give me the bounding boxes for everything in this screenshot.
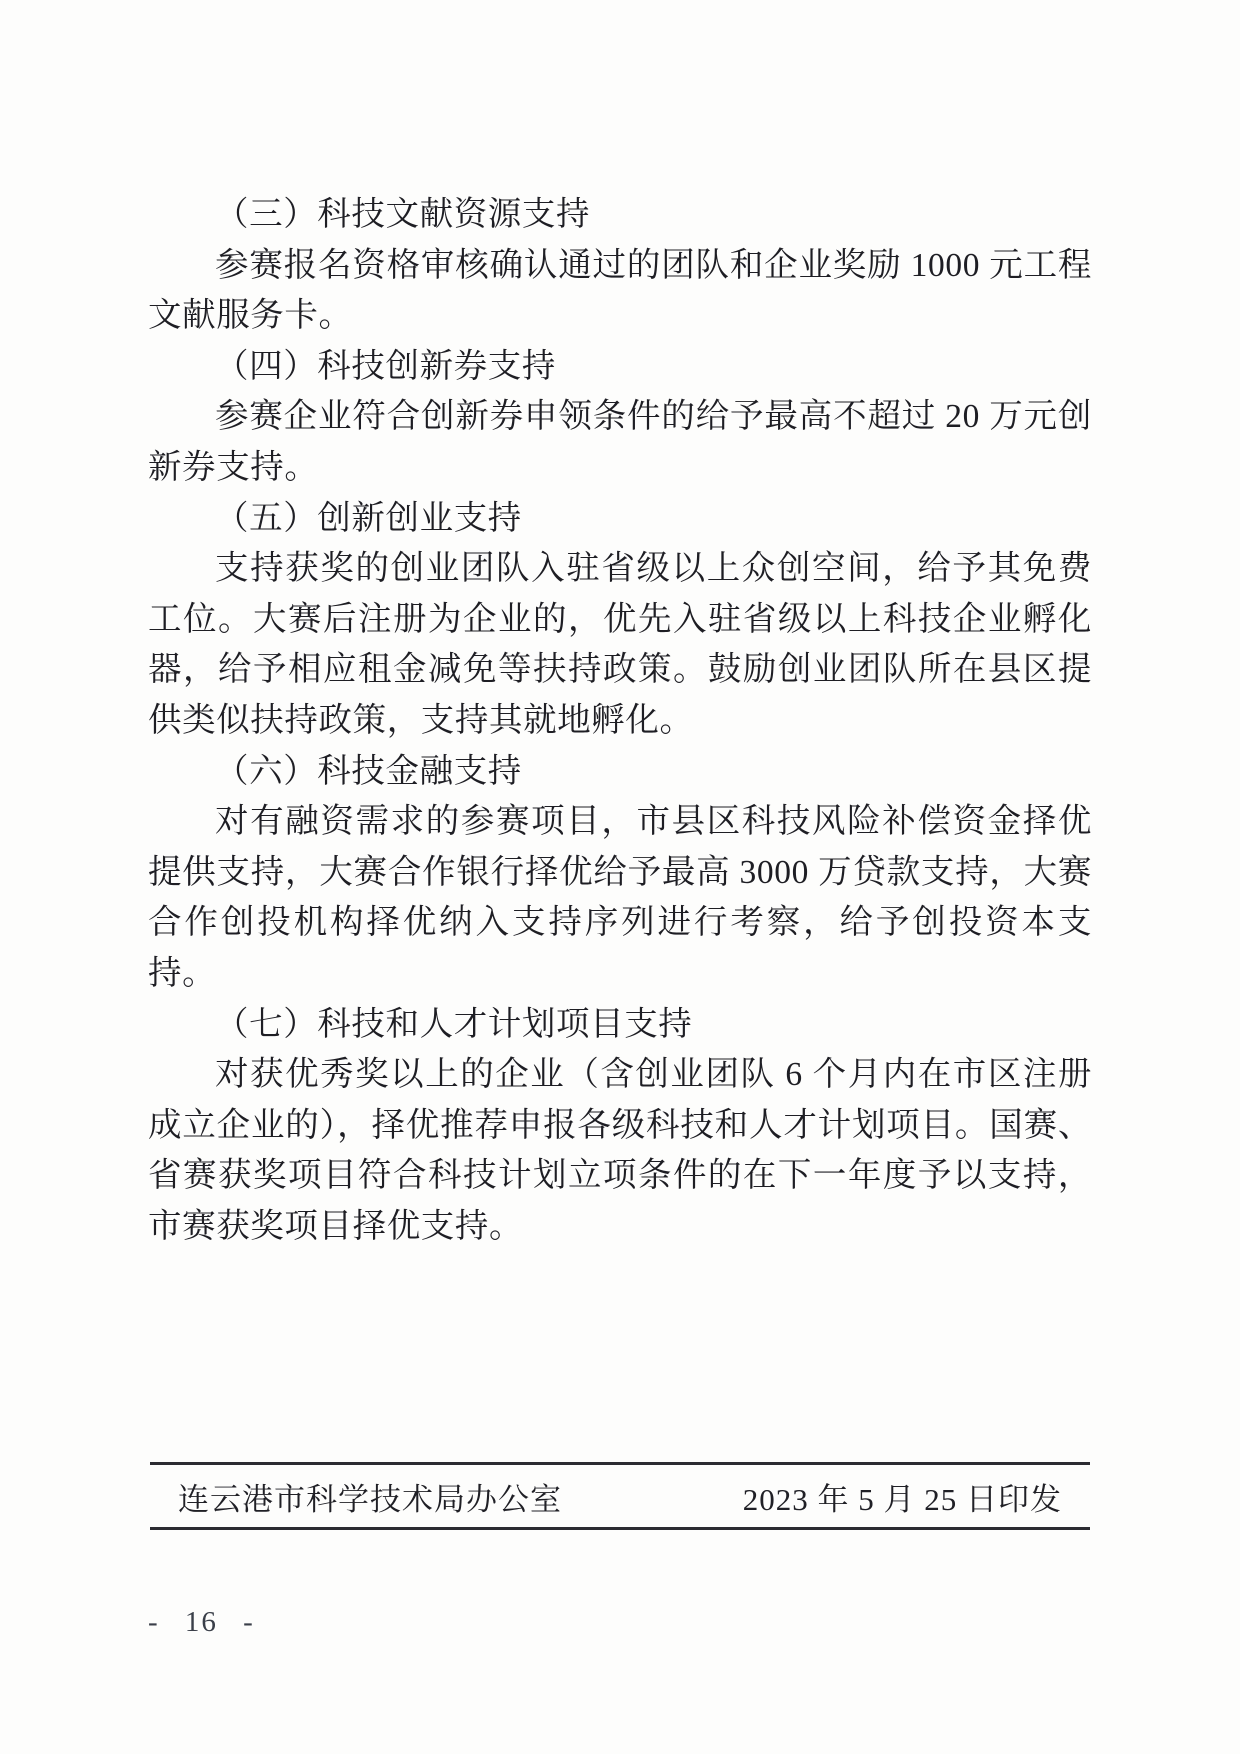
document-page: （三）科技文献资源支持 参赛报名资格审核确认通过的团队和企业奖励 1000 元工… bbox=[0, 0, 1240, 1754]
section-heading-7: （七）科技和人才计划项目支持 bbox=[148, 1000, 1092, 1051]
footer-bottom-rule bbox=[150, 1527, 1090, 1530]
paragraph: 对获优秀奖以上的企业（含创业团队 6 个月内在市区注册成立企业的），择优推荐申报… bbox=[148, 1050, 1092, 1252]
footer-issuer: 连云港市科学技术局办公室 bbox=[178, 1474, 562, 1519]
paragraph: 参赛企业符合创新券申领条件的给予最高不超过 20 万元创新券支持。 bbox=[148, 392, 1092, 493]
footer-row: 连云港市科学技术局办公室 2023 年 5 月 25 日印发 bbox=[150, 1465, 1090, 1527]
document-body: （三）科技文献资源支持 参赛报名资格审核确认通过的团队和企业奖励 1000 元工… bbox=[148, 190, 1092, 1252]
section-heading-6: （六）科技金融支持 bbox=[148, 747, 1092, 798]
paragraph: 支持获奖的创业团队入驻省级以上众创空间，给予其免费工位。大赛后注册为企业的，优先… bbox=[148, 544, 1092, 746]
section-heading-3: （三）科技文献资源支持 bbox=[148, 190, 1092, 241]
section-heading-5: （五）创新创业支持 bbox=[148, 494, 1092, 545]
page-number: - 16 - bbox=[148, 1606, 255, 1639]
paragraph: 参赛报名资格审核确认通过的团队和企业奖励 1000 元工程文献服务卡。 bbox=[148, 241, 1092, 342]
footer-print-date: 2023 年 5 月 25 日印发 bbox=[743, 1474, 1062, 1519]
section-heading-4: （四）科技创新券支持 bbox=[148, 342, 1092, 393]
paragraph: 对有融资需求的参赛项目，市县区科技风险补偿资金择优提供支持，大赛合作银行择优给予… bbox=[148, 797, 1092, 999]
footer: 连云港市科学技术局办公室 2023 年 5 月 25 日印发 bbox=[150, 1462, 1090, 1530]
